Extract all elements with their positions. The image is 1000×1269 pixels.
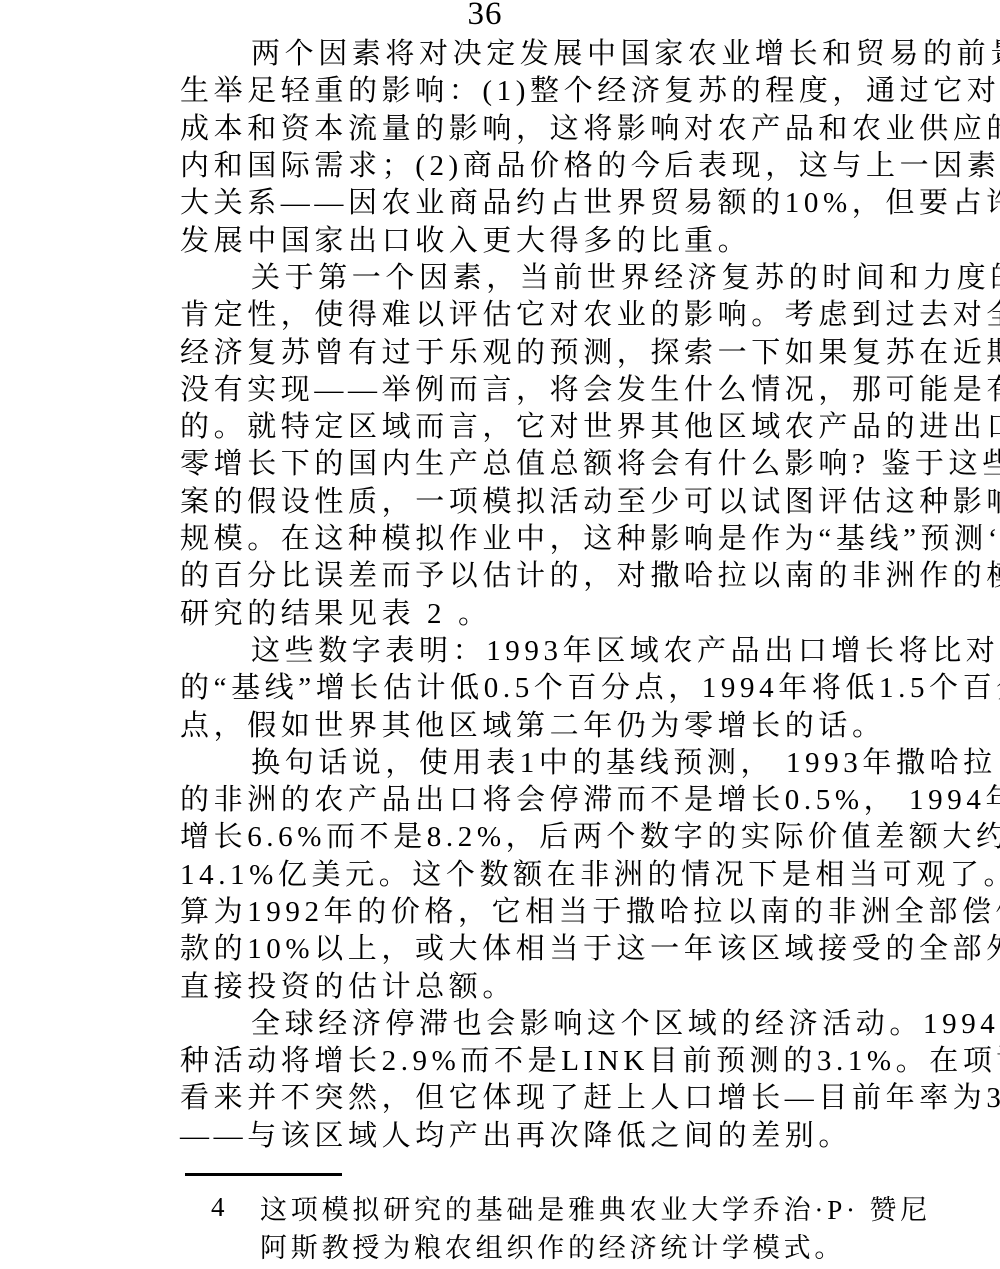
text-line: 看来并不突然，但它体现了赶上人口增长—目前年率为3.1% [180, 1077, 870, 1114]
text-line: 没有实现——举例而言，将会发生什么情况，那可能是有趣 [180, 369, 870, 406]
text-line: 经济复苏曾有过于乐观的预测，探索一下如果复苏在近期内 [180, 331, 870, 368]
text-line: 内和国际需求；(2)商品价格的今后表现，这与上一因素有很 [180, 145, 870, 182]
body-text: 两个因素将对决定发展中国家农业增长和贸易的前景产 生举足轻重的影响：(1)整个经… [180, 33, 870, 1152]
text-line: 14.1%亿美元。这个数额在非洲的情况下是相当可观了。换 [180, 854, 870, 891]
text-line: 规模。在这种模拟作业中，这种影响是作为“基线”预测‘ [180, 518, 870, 555]
text-line: 这些数字表明：1993年区域农产品出口增长将比对该年 [180, 630, 870, 667]
footnote-divider [185, 1173, 342, 1176]
text-line: 直接投资的估计总额。 [180, 965, 870, 1002]
text-line: 研究的结果见表 2 。 [180, 592, 870, 629]
text-line: 全球经济停滞也会影响这个区域的经济活动。1994年这 [180, 1003, 870, 1040]
text-line: 成本和资本流量的影响，这将影响对农产品和农业供应的国 [180, 108, 870, 145]
text-line: 零增长下的国内生产总值总额将会有什么影响? 鉴于这些方 [180, 443, 870, 480]
text-line: 的“基线”增长估计低0.5个百分点，1994年将低1.5个百分 [180, 667, 870, 704]
text-line: 的百分比误差而予以估计的，对撒哈拉以南的非洲作的模拟 [180, 555, 870, 592]
text-line: 发展中国家出口收入更大得多的比重。 [180, 219, 870, 256]
text-line: 大关系——因农业商品约占世界贸易额的10%，但要占许多 [180, 182, 870, 219]
text-line: 的。就特定区域而言，它对世界其他区域农产品的进出口和 [180, 406, 870, 443]
footnote-marker: 4 [211, 1192, 260, 1223]
text-line: 关于第一个因素，当前世界经济复苏的时间和力度的不 [180, 257, 870, 294]
text-line: 案的假设性质，一项模拟活动至少可以试图评估这种影响的 [180, 481, 870, 518]
text-line: 生举足轻重的影响：(1)整个经济复苏的程度，通过它对投入 [180, 70, 870, 107]
text-line: 的非洲的农产品出口将会停滞而不是增长0.5%， 1994年将 [180, 779, 870, 816]
text-line: 算为1992年的价格，它相当于撒哈拉以南的非洲全部偿债付 [180, 891, 870, 928]
text-line: 肯定性，使得难以评估它对农业的影响。考虑到过去对全球 [180, 294, 870, 331]
footnote-text: 这项模拟研究的基础是雅典农业大学乔治·P· 赞尼 [260, 1188, 931, 1227]
footnote: 4 这项模拟研究的基础是雅典农业大学乔治·P· 赞尼 阿斯教授为粮农组织作的经济… [211, 1188, 931, 1264]
text-line: ——与该区域人均产出再次降低之间的差别。 [180, 1115, 870, 1152]
text-line: 增长6.6%而不是8.2%，后两个数字的实际价值差额大约是 [180, 816, 870, 853]
text-line: 换句话说，使用表1中的基线预测， 1993年撒哈拉以南 [180, 742, 870, 779]
text-line: 点，假如世界其他区域第二年仍为零增长的话。 [180, 704, 870, 741]
footnote-line: 4 这项模拟研究的基础是雅典农业大学乔治·P· 赞尼 [211, 1188, 931, 1226]
footnote-line: 阿斯教授为粮农组织作的经济统计学模式。 [211, 1226, 931, 1264]
text-line: 款的10%以上，或大体相当于这一年该区域接受的全部外国 [180, 928, 870, 965]
text-line: 种活动将增长2.9%而不是LINK目前预测的3.1%。在项调低 [180, 1040, 870, 1077]
page-number: 36 [0, 0, 970, 33]
document-page: 36 两个因素将对决定发展中国家农业增长和贸易的前景产 生举足轻重的影响：(1)… [0, 0, 1000, 1269]
text-line: 两个因素将对决定发展中国家农业增长和贸易的前景产 [180, 33, 870, 70]
